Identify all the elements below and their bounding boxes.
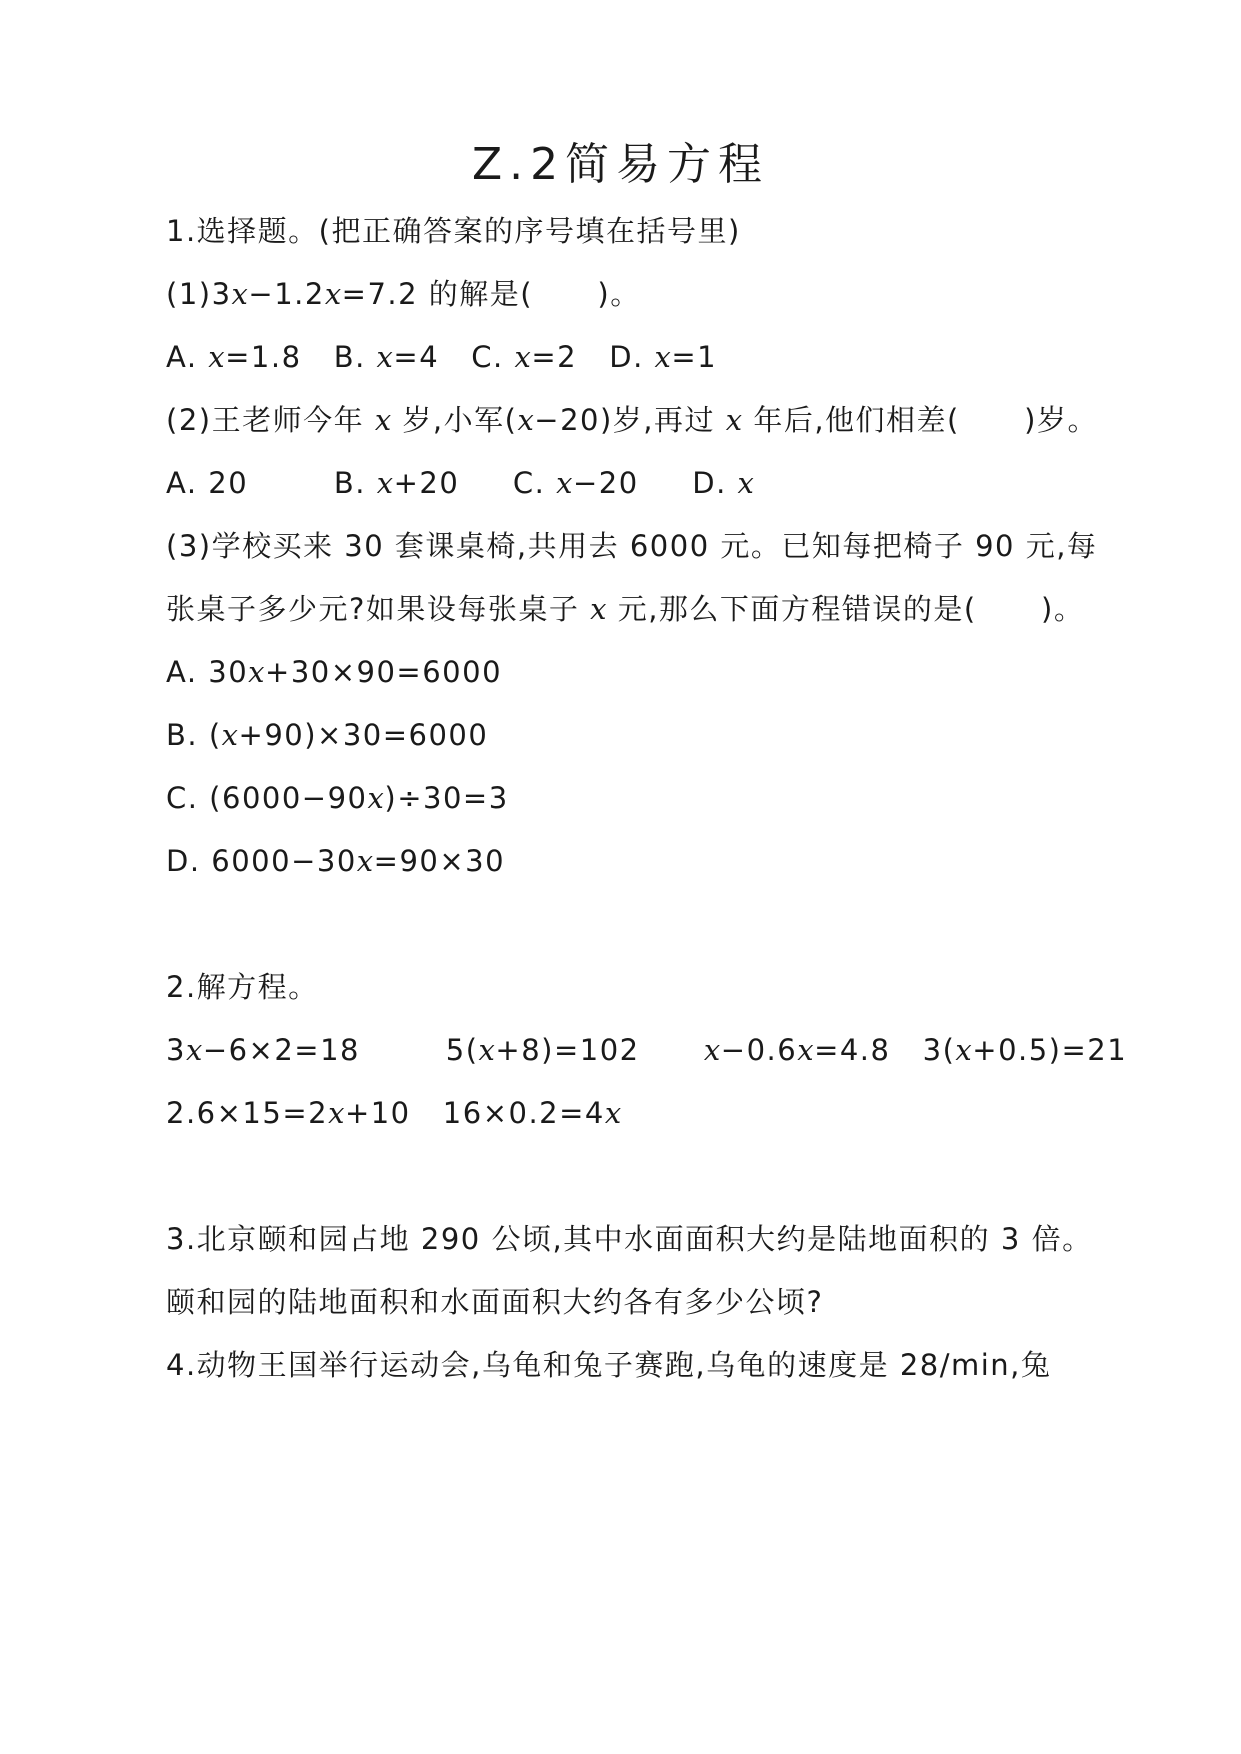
q4-line1: 4.动物王国举行运动会,乌龟和兔子赛跑,乌龟的速度是 28/min,兔 xyxy=(166,1334,1151,1397)
q2-equations-line2: 2.6×15=2x+10 16×0.2=4x xyxy=(166,1082,1151,1145)
page-title: Z.2简易方程 xyxy=(90,130,1151,200)
blank-line xyxy=(166,1145,1151,1208)
q1-sub3-prompt-line1: (3)学校买来 30 套课桌椅,共用去 6000 元。已知每把椅子 90 元,每 xyxy=(166,515,1151,578)
q1-sub3-option-a: A. 30x+30×90=6000 xyxy=(166,641,1151,704)
q1-sub2-prompt: (2)王老师今年 x 岁,小军(x−20)岁,再过 x 年后,他们相差( )岁。 xyxy=(166,389,1151,452)
q2-equations-line1: 3x−6×2=18 5(x+8)=102 x−0.6x=4.8 3(x+0.5)… xyxy=(166,1019,1151,1082)
q1-sub1-prompt: (1)3x−1.2x=7.2 的解是( )。 xyxy=(166,263,1151,326)
q2-heading: 2.解方程。 xyxy=(166,956,1151,1019)
q1-sub3-option-b: B. (x+90)×30=6000 xyxy=(166,704,1151,767)
blank-line xyxy=(166,893,1151,956)
q1-sub2-options: A. 20 B. x+20 C. x−20 D. x xyxy=(166,452,1151,515)
q1-sub3-option-c: C. (6000−90x)÷30=3 xyxy=(166,767,1151,830)
q1-sub3-option-d: D. 6000−30x=90×30 xyxy=(166,830,1151,893)
q3-line1: 3.北京颐和园占地 290 公顷,其中水面面积大约是陆地面积的 3 倍。 xyxy=(166,1208,1151,1271)
q3-line2: 颐和园的陆地面积和水面面积大约各有多少公顷? xyxy=(166,1271,1151,1334)
worksheet-page: Z.2简易方程 1.选择题。(把正确答案的序号填在括号里) (1)3x−1.2x… xyxy=(0,0,1241,1754)
q1-heading: 1.选择题。(把正确答案的序号填在括号里) xyxy=(166,200,1151,263)
q1-sub1-options: A. x=1.8 B. x=4 C. x=2 D. x=1 xyxy=(166,326,1151,389)
q1-sub3-prompt-line2: 张桌子多少元?如果设每张桌子 x 元,那么下面方程错误的是( )。 xyxy=(166,578,1151,641)
